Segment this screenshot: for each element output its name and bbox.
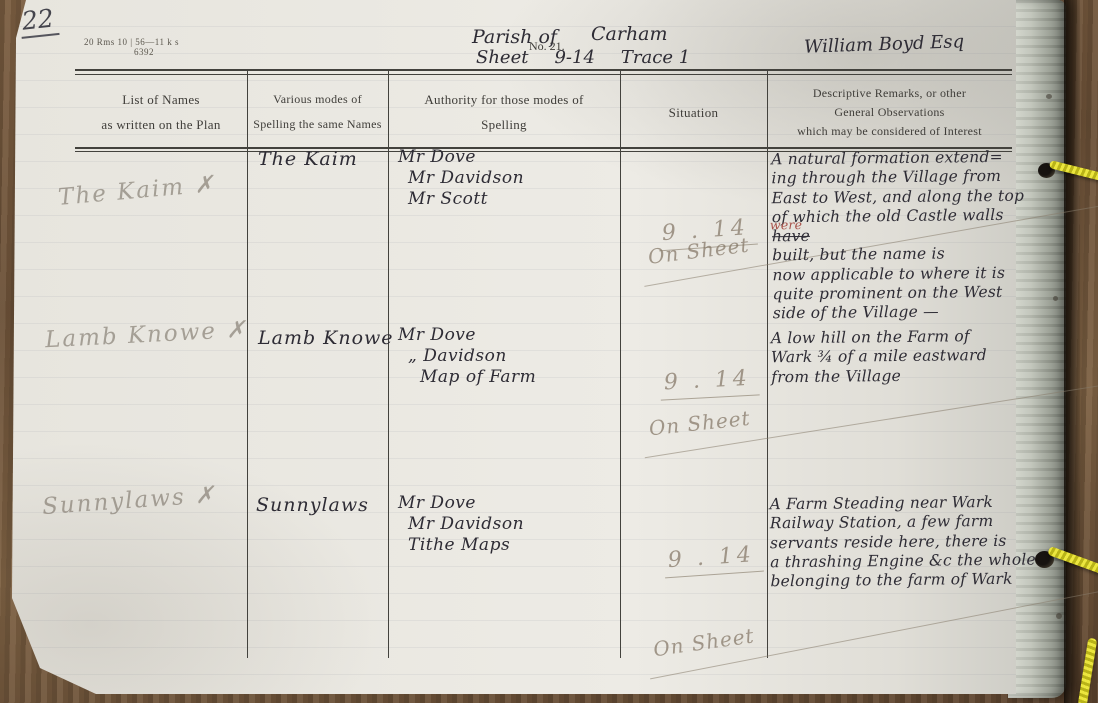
column-divider-1 — [247, 70, 248, 658]
punch-hole-small-3 — [1056, 613, 1062, 619]
row1-remarks-line8: side of the Village — — [773, 302, 1023, 324]
col1-header-line2: as written on the Plan — [75, 117, 247, 133]
row1-remarks-line6: now applicable to where it is — [772, 263, 1022, 285]
printer-imprint-line2: 6392 — [134, 47, 154, 57]
red-correction-word: were — [770, 215, 802, 235]
row2-spelling: Lamb Knowe — [258, 327, 394, 349]
row2-remarks-line2: Wark ¾ of a mile eastward — [771, 346, 1021, 368]
row1-remarks-line3: East to West, and along the top — [772, 186, 1022, 208]
row3-authority-2: Mr Davidson — [398, 514, 524, 535]
row2-authority-1: Mr Dove — [398, 325, 536, 346]
parish-name: Carham — [591, 23, 668, 45]
sheet-label: Sheet — [476, 47, 528, 68]
sheet-value: 9-14 — [554, 47, 594, 68]
row1-remarks-line5-rest: built, but the name is — [772, 244, 1022, 266]
column-divider-3 — [620, 70, 621, 658]
col5-header-line1: Descriptive Remarks, or other — [767, 86, 1012, 101]
col1-header-line1: List of Names — [75, 92, 247, 108]
row1-authority-2: Mr Davidson — [398, 168, 524, 189]
photo-of-name-book-page: 22 20 Rms 10 | 56—11 k s 6392 Parish of … — [0, 0, 1098, 703]
row3-remarks-line3: servants reside here, there is — [770, 531, 1020, 553]
row2-authorities: Mr Dove „ Davidson Map of Farm — [398, 325, 536, 388]
column-divider-4 — [767, 70, 768, 658]
page-number: 22 — [18, 3, 59, 39]
row2-remarks-line3: from the Village — [771, 365, 1021, 387]
row3-authority-1: Mr Dove — [398, 493, 524, 514]
row3-remarks: A Farm Steading near Wark Railway Statio… — [770, 493, 1021, 592]
row3-authority-3: Tithe Maps — [398, 535, 524, 556]
row3-spelling: Sunnylaws — [256, 494, 369, 516]
table-top-rule-thin — [75, 74, 1012, 75]
col5-header-line3: which may be considered of Interest — [767, 124, 1012, 139]
col2-header-line1: Various modes of — [247, 92, 388, 107]
row3-remarks-line2: Railway Station, a few farm — [770, 512, 1020, 534]
printer-imprint-line1: 20 Rms 10 | 56—11 k s — [84, 37, 179, 47]
row1-authority-1: Mr Dove — [398, 147, 524, 168]
col3-header-line1: Authority for those modes of — [388, 92, 620, 108]
row3-remarks-line1: A Farm Steading near Wark — [770, 493, 1020, 515]
col3-header-line2: Spelling — [388, 117, 620, 133]
col4-header: Situation — [620, 105, 767, 121]
row3-remarks-line4: a thrashing Engine &c the whole — [770, 551, 1020, 573]
col5-header-line2: General Observations — [767, 105, 1012, 120]
row1-spelling: The Kaim — [258, 148, 358, 170]
punch-hole-small-1 — [1046, 94, 1052, 99]
row1-remarks-line7: quite prominent on the West — [773, 283, 1023, 305]
row3-remarks-line5: belonging to the farm of Wark — [770, 570, 1020, 592]
row1-remarks: A natural formation extend= ing through … — [771, 148, 1023, 324]
row2-remarks: A low hill on the Farm of Wark ¾ of a mi… — [771, 327, 1022, 388]
row1-remarks-line1: A natural formation extend= — [771, 148, 1021, 170]
struck-word: have — [772, 225, 1022, 247]
punch-hole-small-2 — [1053, 296, 1058, 301]
col2-header-line2: Spelling the same Names — [247, 117, 388, 132]
row3-authorities: Mr Dove Mr Davidson Tithe Maps — [398, 493, 524, 556]
trace-value: Trace 1 — [621, 47, 690, 68]
column-divider-2 — [388, 70, 389, 658]
sheet-trace-line: Sheet 9-14 Trace 1 — [476, 47, 690, 68]
row1-remarks-line2: ing through the Village from — [771, 167, 1021, 189]
row2-remarks-line1: A low hill on the Farm of — [771, 327, 1021, 349]
row2-authority-2: „ Davidson — [398, 346, 536, 367]
row1-authority-3: Mr Scott — [398, 189, 524, 210]
table-top-rule-heavy — [75, 69, 1012, 71]
row1-remarks-correction-line: werehave built, but the name is — [772, 225, 1022, 266]
row2-situation-number: 9 . 14 — [659, 365, 759, 400]
row1-remarks-line4: of which the old Castle walls — [772, 206, 1022, 228]
row1-authorities: Mr Dove Mr Davidson Mr Scott — [398, 147, 524, 210]
row2-authority-3: Map of Farm — [398, 367, 536, 388]
